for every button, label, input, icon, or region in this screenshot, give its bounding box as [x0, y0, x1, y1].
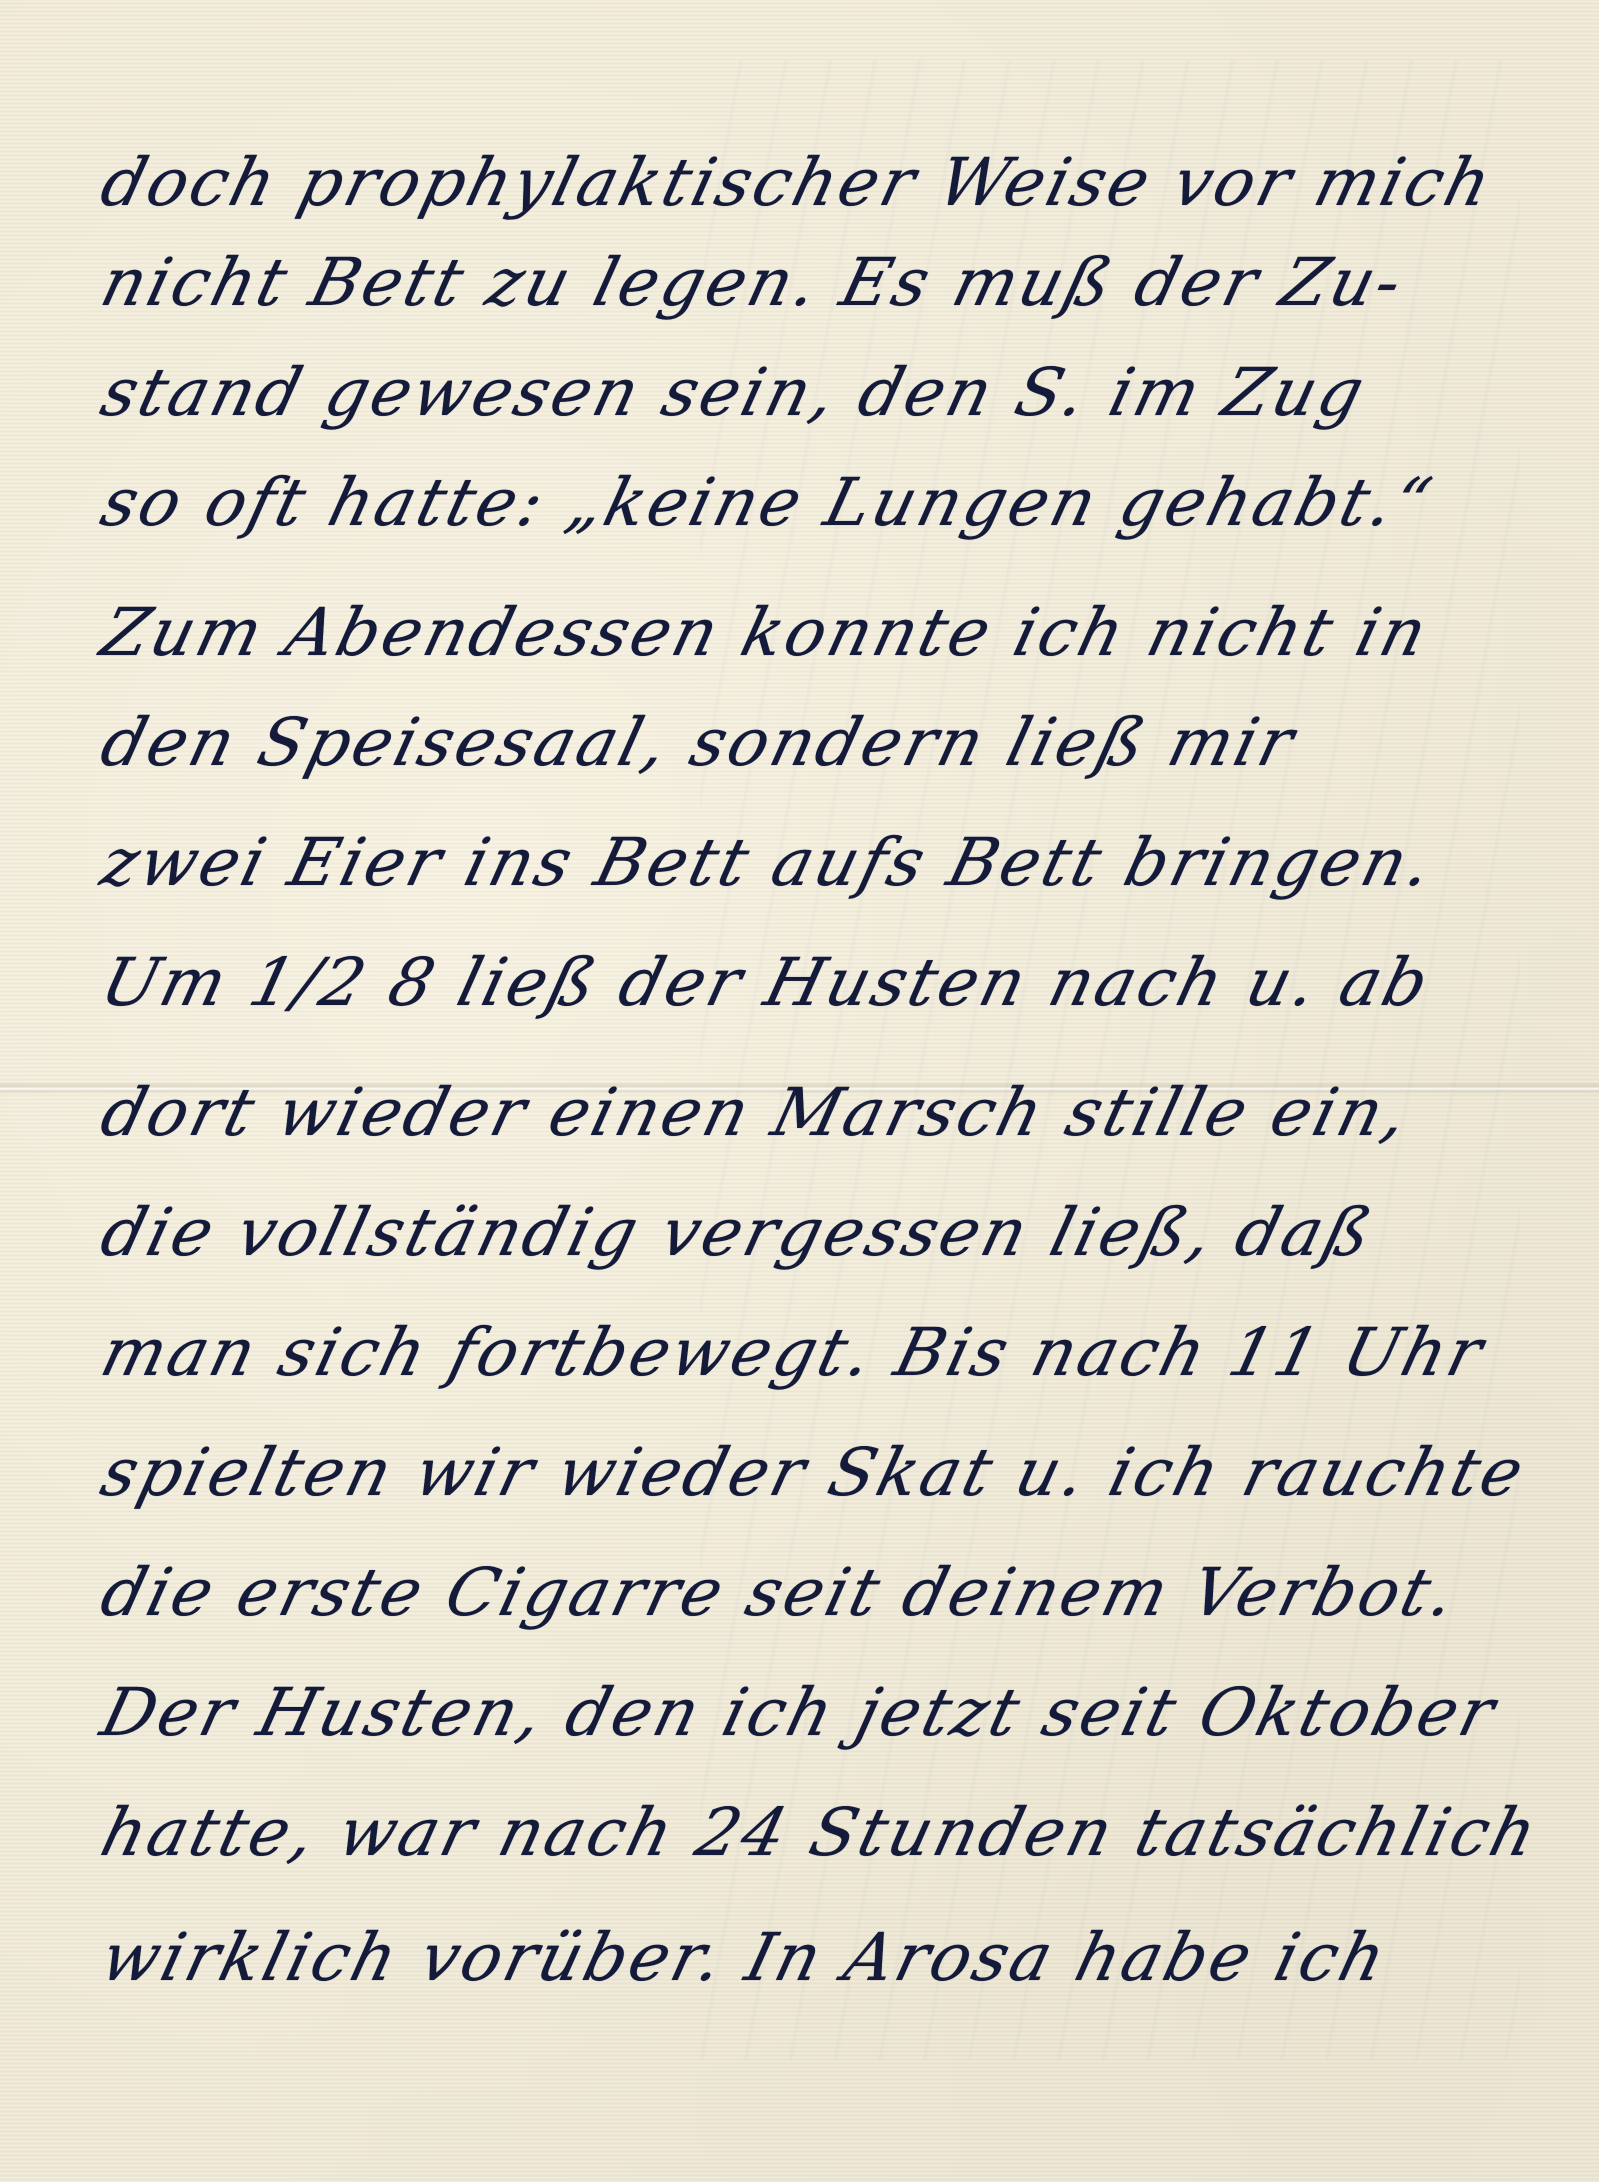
letter-line-14: Der Husten, den ich jetzt seit Oktober	[95, 1680, 1571, 1746]
letter-line-4: so oft hatte: „keine Lungen gehabt.“	[95, 470, 1571, 536]
letter-line-5: Zum Abendessen konnte ich nicht in	[95, 600, 1571, 666]
letter-line-10: die vollständig vergessen ließ, daß	[95, 1200, 1571, 1266]
letter-line-7: zwei Eier ins Bett aufs Bett bringen.	[95, 830, 1571, 896]
letter-line-13: die erste Cigarre seit deinem Verbot.	[95, 1560, 1571, 1626]
letter-line-3: stand gewesen sein, den S. im Zug	[95, 360, 1571, 426]
letter-line-16: wirklich vorüber. In Arosa habe ich	[95, 1925, 1571, 1991]
letter-line-2: nicht Bett zu legen. Es muß der Zu-	[95, 250, 1571, 316]
letter-line-1: doch prophylaktischer Weise vor mich	[95, 150, 1571, 216]
letter-page: doch prophylaktischer Weise vor mich nic…	[0, 0, 1599, 2182]
letter-line-11: man sich fortbewegt. Bis nach 11 Uhr	[95, 1320, 1571, 1386]
letter-line-12: spielten wir wieder Skat u. ich rauchte	[95, 1440, 1571, 1506]
letter-line-6: den Speisesaal, sondern ließ mir	[95, 710, 1571, 776]
letter-line-15: hatte, war nach 24 Stunden tatsächlich	[95, 1800, 1571, 1866]
letter-line-8: Um 1/2 8 ließ der Husten nach u. ab	[95, 950, 1571, 1016]
letter-line-9: dort wieder einen Marsch stille ein,	[95, 1080, 1571, 1146]
